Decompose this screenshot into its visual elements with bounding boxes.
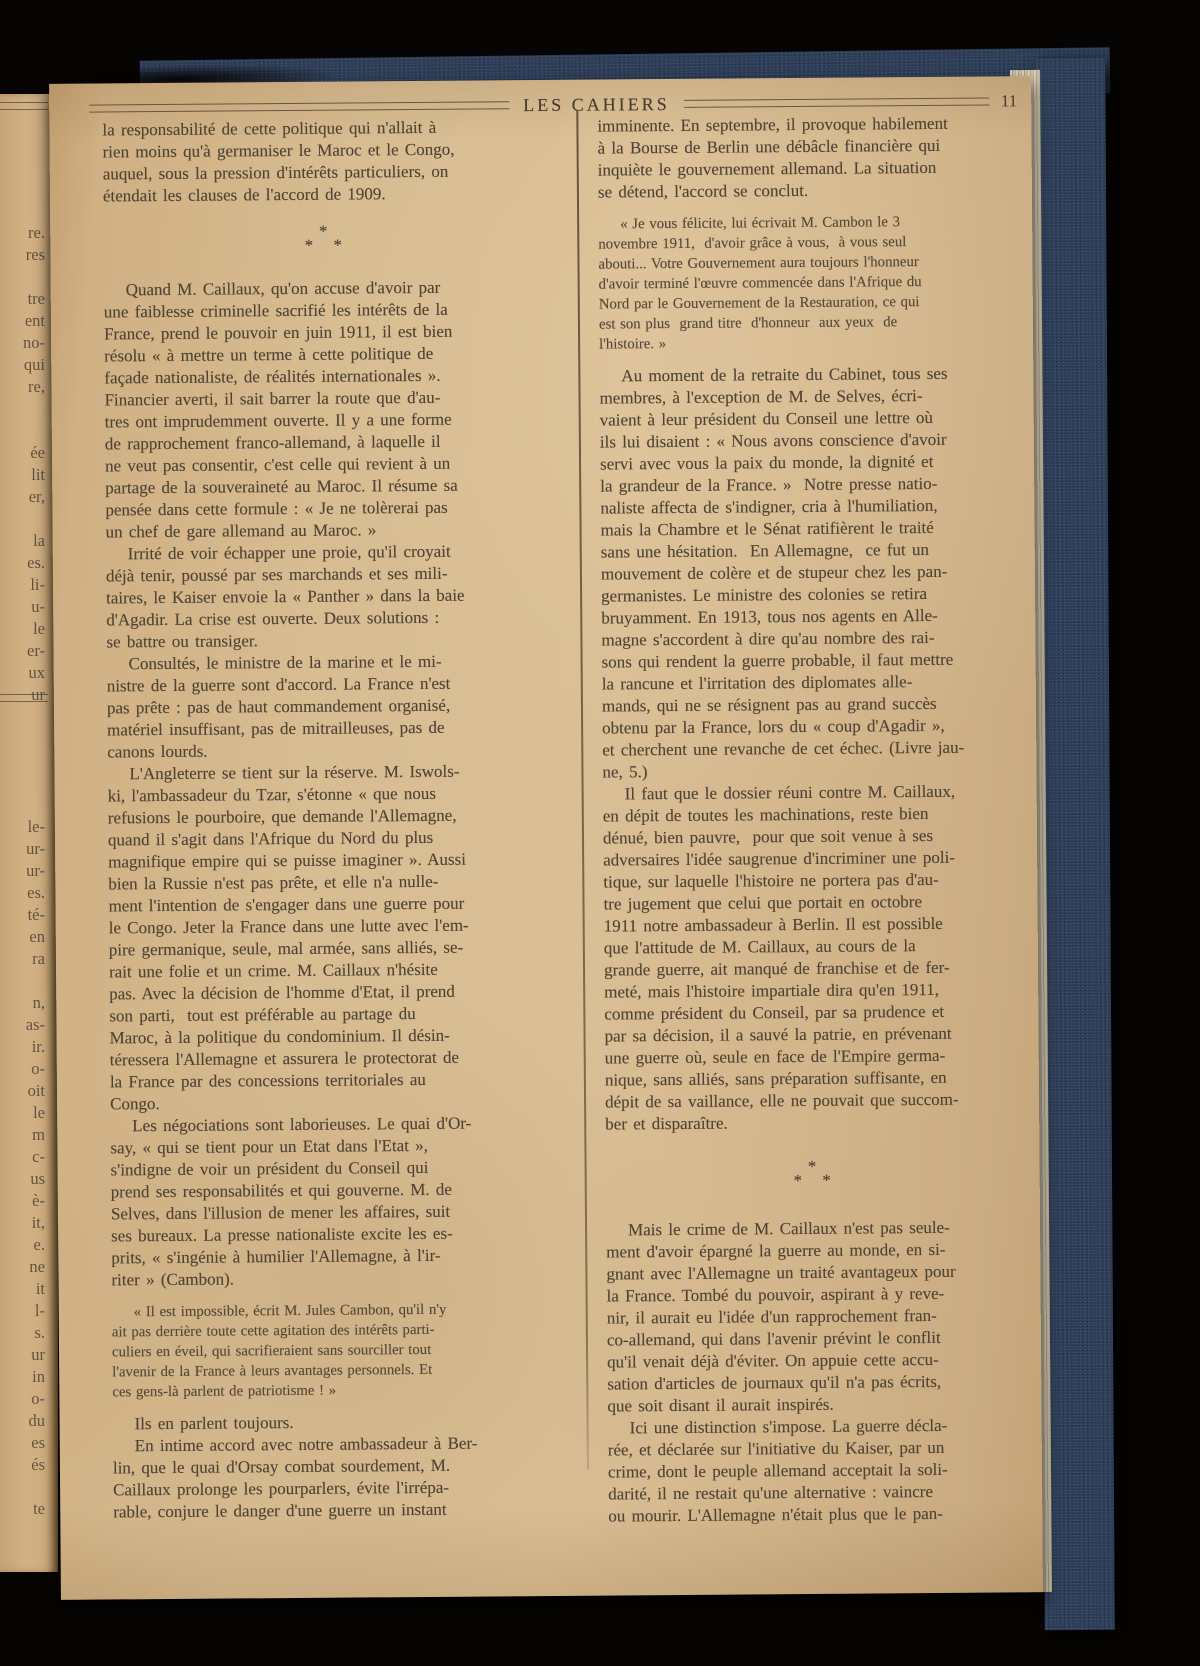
paragraph: la responsabilité de cette politique qui… bbox=[102, 116, 550, 208]
paragraph: Irrité de voir échapper une proie, qu'il… bbox=[106, 540, 554, 654]
paragraph: Quand M. Caillaux, qu'on accuse d'avoir … bbox=[104, 276, 553, 544]
quote-paragraph: « Il est impossible, écrit M. Jules Camb… bbox=[112, 1299, 560, 1403]
text-column-left: la responsabilité de cette politique qui… bbox=[102, 116, 560, 1523]
text-column-right: imminente. En septembre, il provoque hab… bbox=[597, 112, 1028, 1527]
paragraph: L'Angleterre se tient sur la réserve. M.… bbox=[107, 760, 557, 1115]
paragraph: En intime accord avec notre ambassadeur … bbox=[113, 1432, 561, 1524]
gutter-facing-page: re. res tre ent no- qui re, ée lit er, l… bbox=[0, 94, 58, 1572]
column-divider-rule bbox=[576, 110, 588, 1470]
gutter-line-fragments: re. res tre ent no- qui re, ée lit er, l… bbox=[3, 222, 45, 1520]
scanned-page: LES CAHIERS 11 la responsabilité de cett… bbox=[49, 76, 1043, 1600]
paragraph: Mais le crime de M. Caillaux n'est pas s… bbox=[606, 1216, 1028, 1417]
paragraph: Au moment de la retraite du Cabinet, tou… bbox=[599, 362, 1022, 783]
page-number: 11 bbox=[989, 91, 1018, 111]
paragraph: Il faut que le dossier réuni contre M. C… bbox=[603, 780, 1026, 1135]
quote-paragraph: « Je vous félicite, lui écrivait M. Camb… bbox=[598, 211, 1019, 354]
gutter-header-rule bbox=[0, 102, 48, 110]
asterisk-divider: * * * bbox=[103, 223, 550, 255]
paragraph: Ici une distinction s'impose. La guerre … bbox=[608, 1414, 1029, 1527]
asterisk-divider: * * * bbox=[606, 1158, 1026, 1189]
header-rule-right bbox=[684, 97, 989, 107]
book-scan-photo: { "header": { "title": "LES CAHIERS", "p… bbox=[0, 0, 1200, 1666]
paragraph: Consultés, le ministre de la marine et l… bbox=[107, 650, 555, 764]
page-title: LES CAHIERS bbox=[509, 93, 684, 115]
paragraph: imminente. En septembre, il provoque hab… bbox=[597, 112, 1018, 203]
paragraph: Les négociations sont laborieuses. Le qu… bbox=[110, 1112, 558, 1292]
header-rule-left bbox=[89, 101, 509, 112]
